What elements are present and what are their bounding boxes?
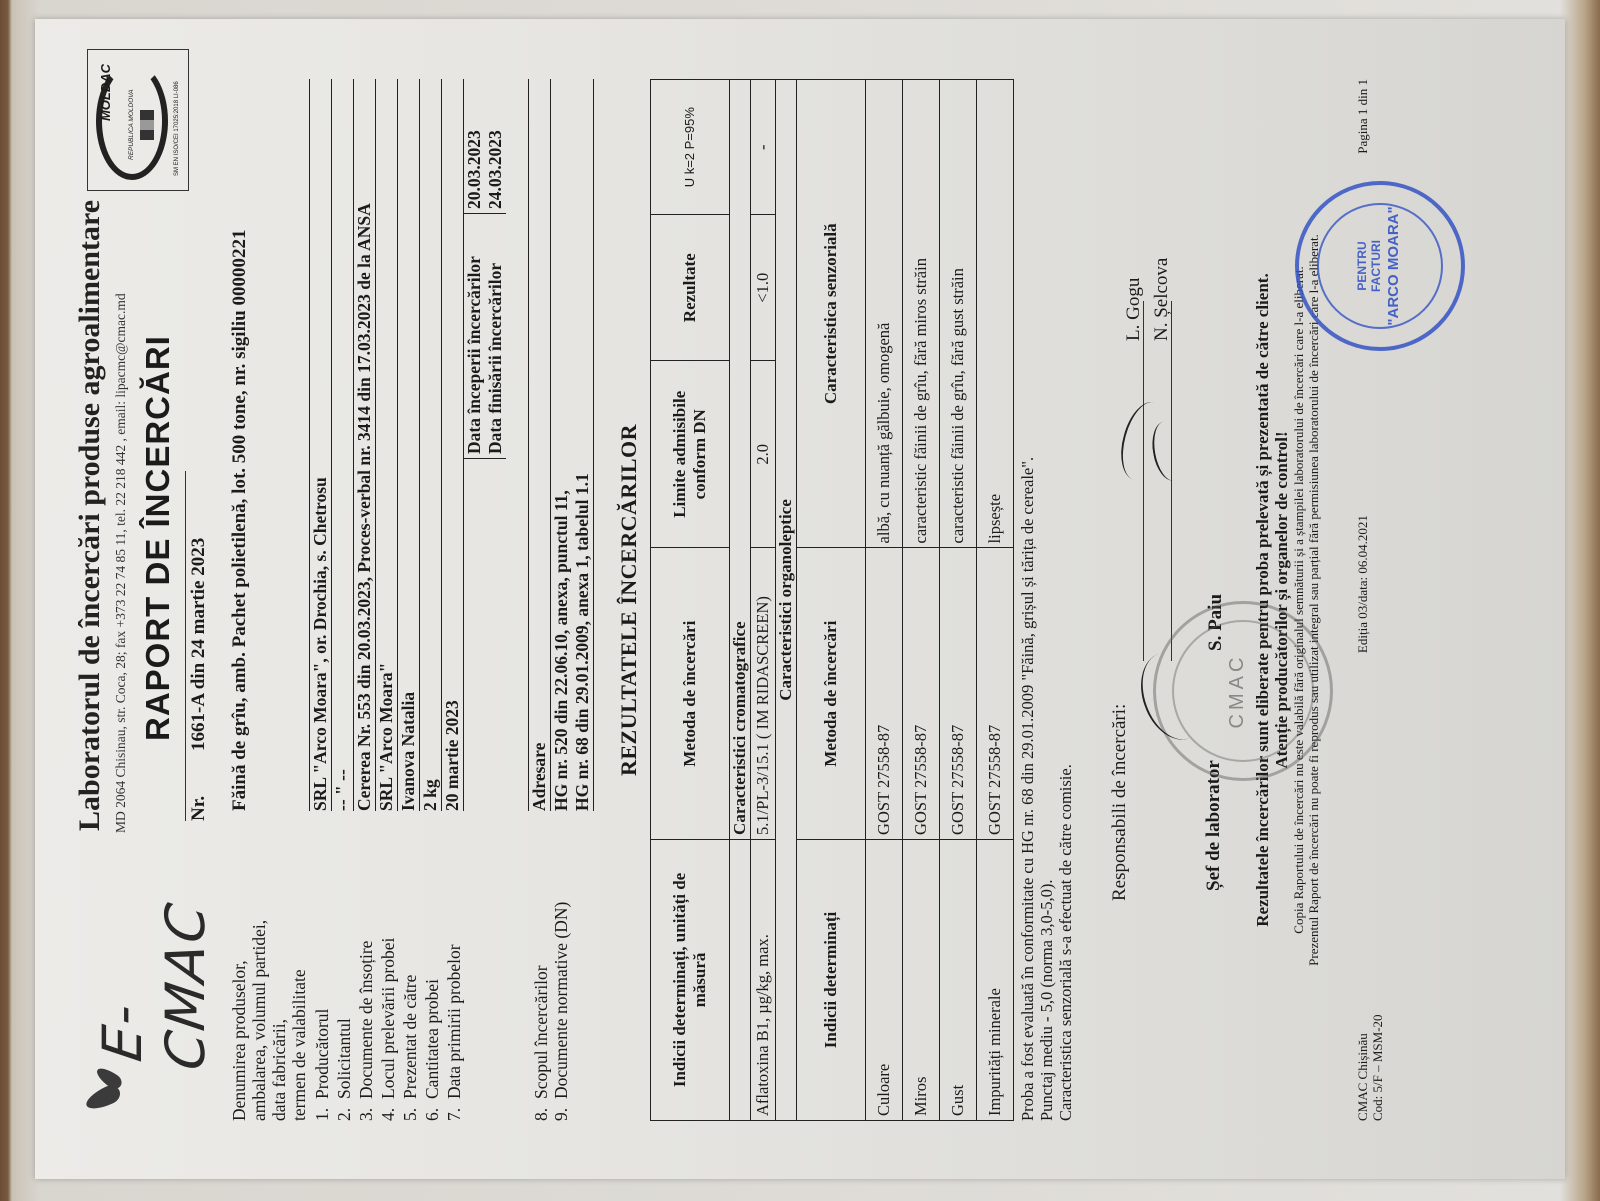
info-label: Solicitantul [334, 1018, 354, 1099]
info-label: Prezentat de către [400, 975, 420, 1099]
cmac-logo: E-CMAC [81, 861, 161, 1111]
responsible-1: L. Gogu [1123, 278, 1145, 341]
firm-stamp: PENTRUFACTURI "ARCO MOARA" [1295, 181, 1465, 351]
signatures: Responsabili de încercări: L. Gogu N. Șe… [1083, 79, 1253, 1121]
info-row: 5.Prezentat de cătreIvanova Natalia [398, 79, 420, 1121]
moldac-country: REPUBLICA MOLDOVA [128, 89, 135, 160]
info-value: 2 kg [420, 79, 442, 811]
test-end-value: 24.03.2023 [485, 79, 506, 209]
info-label: Documente de însoțire [356, 941, 376, 1099]
table-row: GustGOST 27558-87caracteristic făinii de… [940, 80, 977, 1121]
table-row: Impurități mineraleGOST 27558-87lipsește [977, 80, 1014, 1121]
release-statement: Rezultatele încercărilor sunt eliberate … [1253, 79, 1291, 1121]
test-end-label: Data finisării încercărilor [485, 214, 506, 454]
report-number: Nr.1661-A din 24 martie 2023 [185, 471, 210, 821]
info-row: 2.Solicitantul-- " -- [332, 79, 354, 1121]
moldac-standard: SM EN ISO/CEI 17025:2018 LI-086 [174, 81, 180, 176]
product-row: Denumirea produselor, ambalarea, volumul… [229, 79, 309, 1121]
table-row: CuloareGOST 27558-87albă, cu nuanță gălb… [866, 80, 903, 1121]
info-row: 7.Data primirii probelor20 martie 2023 [442, 79, 464, 1121]
lab-address: MD 2064 Chisinau, str. Coca, 28; fax +37… [113, 293, 129, 833]
report-number-value: 1661-A din 24 martie 2023 [188, 538, 209, 751]
test-start-value: 20.03.2023 [464, 79, 485, 209]
report-number-label: Nr. [188, 751, 210, 821]
info-label: Cantitatea probei [422, 979, 442, 1099]
footer-org: CMAC Chișinău [1355, 1014, 1370, 1121]
info-value: SRL "Arco Moara", or. Drochia, s. Chetro… [309, 79, 332, 811]
col-indicator: Indicii determinați, unități de măsură [651, 839, 730, 1120]
normative-label: Documente normative (DN) [551, 902, 571, 1099]
col-limit: Limite admisibile conform DN [651, 361, 730, 548]
col-method: Metoda de încercări [651, 548, 730, 839]
table-row: Aflatoxina B1, µg/kg, max. 5.1/PL-3/15.1… [751, 80, 776, 1121]
sample-info: Denumirea produselor, ambalarea, volumul… [229, 79, 594, 1121]
test-report-page: E-CMAC Laboratorul de încercări produse … [35, 19, 1565, 1179]
scope-label: Scopul încercărilor [531, 965, 551, 1099]
moldac-accreditation-badge: MOLDAC REPUBLICA MOLDOVA SM EN ISO/CEI 1… [87, 49, 189, 191]
info-value: Cererea Nr. 553 din 20.03.2023, Proces-v… [354, 79, 376, 811]
organoleptic-results-table: Indicii determinați Metoda de încercări … [796, 79, 1014, 1121]
info-value: SRL "Arco Moara" [376, 79, 398, 811]
test-dates: Data începerii încercărilor Data finisăr… [464, 79, 506, 811]
info-row: 3.Documente de însoțireCererea Nr. 553 d… [354, 79, 376, 1121]
footer-edition: Ediția 03/data: 06.04.2021 [1355, 515, 1385, 653]
info-label: Data primirii probelor [444, 944, 464, 1099]
scope-value: Adresare [528, 79, 551, 811]
col-uncertainty: U k=2 P=95% [651, 80, 730, 215]
info-label: Locul prelevării probei [378, 938, 398, 1099]
footer-code: Cod: 5/F – MSM-20 [1370, 1014, 1385, 1121]
footer-page: Pagina 1 din 1 [1355, 79, 1385, 154]
product-value: Făină de grîu, amb. Pachet polietilenă, … [229, 79, 250, 811]
info-row: 6.Cantitatea probei2 kg [420, 79, 442, 1121]
evaluation-notes: Proba a fost evaluată în conformitate cu… [1018, 79, 1075, 1121]
info-row: 1.ProducătorulSRL "Arco Moara", or. Droc… [309, 79, 332, 1121]
moldova-flag-icon [140, 110, 154, 140]
normative-value: HG nr. 520 din 22.06.10, anexa, punctul … [551, 79, 594, 811]
info-row: 4.Locul prelevării probeiSRL "Arco Moara… [376, 79, 398, 1121]
responsible-2: N. Șelcova [1151, 258, 1173, 341]
info-value: Ivanova Natalia [398, 79, 420, 811]
moldac-name: MOLDAC [98, 64, 113, 121]
normative-row: 9.Documente normative (DN) HG nr. 520 di… [551, 79, 594, 1121]
head-label: Șef de laborator [1203, 760, 1225, 891]
scope-row: 8.Scopul încercărilor Adresare [528, 79, 551, 1121]
product-label: Denumirea produselor, ambalarea, volumul… [229, 811, 309, 1121]
report-header: E-CMAC Laboratorul de încercări produse … [73, 79, 193, 1121]
signature-icon [1148, 419, 1190, 484]
info-value: -- " -- [332, 79, 354, 811]
table-row: MirosGOST 27558-87caracteristic făinii d… [903, 80, 940, 1121]
col-result: Rezultate [651, 215, 730, 361]
info-label: Producătorul [312, 1009, 332, 1099]
section-organoleptic: Caracteristici organoleptice [776, 80, 797, 1121]
test-start-label: Data începerii încercărilor [464, 214, 485, 454]
chromatographic-results-table: Indicii determinați, unități de măsură M… [650, 79, 796, 1121]
info-value: 20 martie 2023 [442, 79, 464, 811]
responsible-label: Responsabili de încercări: [1109, 704, 1131, 901]
report-title: RAPORT DE ÎNCERCĂRI [139, 335, 177, 741]
lab-title: Laboratorul de încercări produse agroali… [73, 200, 107, 831]
section-chromatographic: Caracteristici cromatografice [730, 80, 751, 840]
results-title: REZULTATELE ÎNCERCĂRILOR [616, 79, 642, 1121]
logo-wordmark: E-CMAC [91, 852, 217, 1074]
